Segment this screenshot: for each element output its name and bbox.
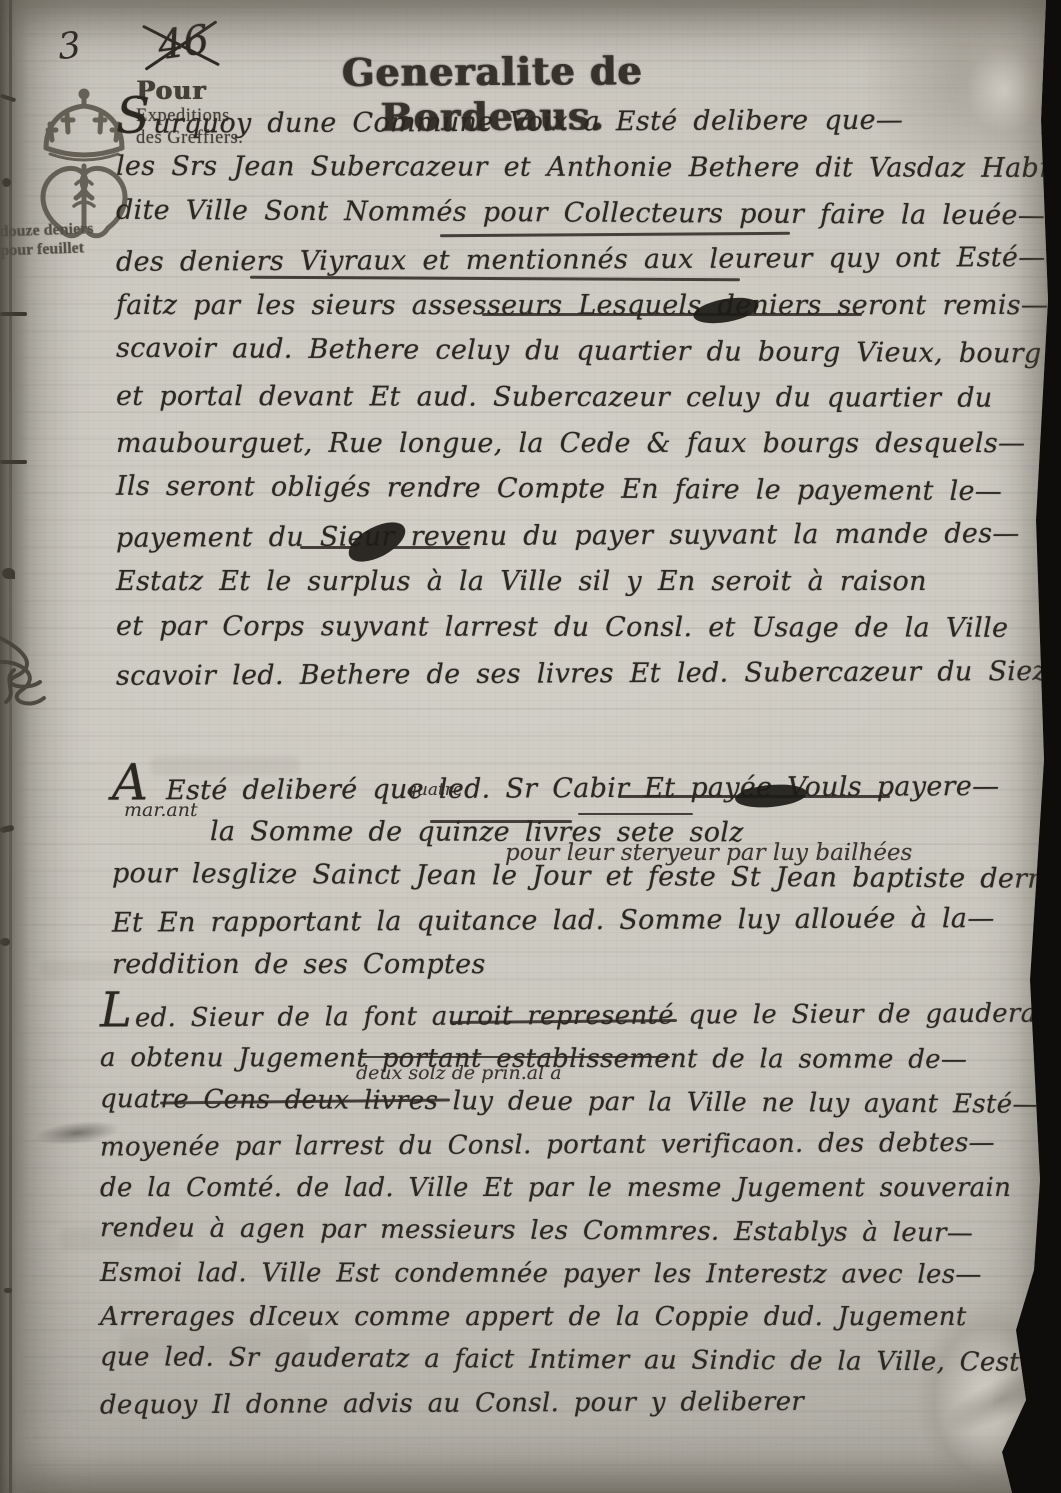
stray-ink-mark [0, 312, 27, 316]
manuscript-line: faitz par les sieurs assesseurs Lesquels… [116, 283, 1061, 329]
manuscript-line: Estatz Et le surplus à la Ville sil y En… [116, 559, 1061, 605]
manuscript-line: reddition de ses Comptes [112, 943, 1061, 987]
manuscript-scan: Generalite de Bordeaus. 3 46 [0, 0, 1061, 1493]
manuscript-line: a obtenu Jugement portant establissement… [100, 1037, 1061, 1082]
strikethrough [430, 820, 572, 823]
page: Generalite de Bordeaus. 3 46 [0, 0, 1061, 1493]
manuscript-line: Surquoy dune Commune Voix a Esté deliber… [116, 93, 1061, 148]
manuscript-line: moyenée par larrest du Consl. portant ve… [100, 1121, 1061, 1169]
folio-number: 3 [56, 25, 83, 68]
crossed-folio-mark: 46 [142, 14, 216, 80]
manuscript-line: de la Comté. de lad. Ville Et par le mes… [100, 1167, 1061, 1210]
binding-thread-knot [0, 632, 56, 718]
manuscript-line: et par Corps suyvant larrest du Consl. e… [116, 604, 1061, 652]
strikethrough [482, 313, 862, 316]
stray-ink-mark [0, 460, 27, 464]
strikethrough [300, 546, 470, 549]
stray-ink-mark [4, 1288, 12, 1293]
paragraph-1: Surquoy dune Commune Voix a Esté deliber… [116, 96, 1061, 697]
manuscript-line: Led. Sieur de la font auroit representé … [100, 989, 1061, 1040]
manuscript-line: Et En rapportant la quitance lad. Somme … [112, 896, 1061, 945]
manuscript-line: dequoy Il donne advis au Consl. pour y d… [100, 1379, 1061, 1427]
stray-ink-mark [2, 178, 11, 187]
manuscript-line: que led. Sr gauderatz a faict Intimer au… [100, 1336, 1061, 1385]
manuscript-line: pour lesglize Sainct Jean le Jour et fes… [112, 852, 1061, 902]
manuscript-line: A Esté deliberé que led. Sr Cabir Et pay… [112, 760, 1061, 813]
manuscript-line: les Srs Jean Subercazeur et Anthonie Bet… [116, 144, 1061, 192]
manuscript-line: Arrerages dIceux comme appert de la Copp… [100, 1296, 1061, 1339]
strikethrough [360, 1056, 670, 1058]
manuscript-line: scavoir aud. Bethere celuy du quartier d… [116, 326, 1061, 379]
manuscript-line: scavoir led. Bethere de ses livres Et le… [116, 648, 1061, 700]
manuscript-line: rendeu à agen par messieurs les Commres.… [100, 1207, 1061, 1256]
manuscript-line: maubourguet, Rue longue, la Cede & faux … [116, 421, 1061, 467]
strikethrough [578, 813, 693, 815]
manuscript-line: payement du Sieur revenu du payer suyvan… [116, 510, 1061, 562]
paragraph-2: A Esté deliberé que led. Sr Cabir Et pay… [112, 763, 1061, 987]
manuscript-line: la Somme de quinze livres sete solz [112, 810, 1061, 856]
manuscript-line: Ils seront obligés rendre Compte En fair… [116, 464, 1061, 517]
stray-ink-mark [2, 568, 15, 579]
stray-ink-mark [0, 938, 10, 946]
manuscript-line: et portal devant Et aud. Subercazeur cel… [116, 374, 1061, 422]
manuscript-line: Esmoi lad. Ville Est condemnée payer les… [100, 1252, 1061, 1297]
